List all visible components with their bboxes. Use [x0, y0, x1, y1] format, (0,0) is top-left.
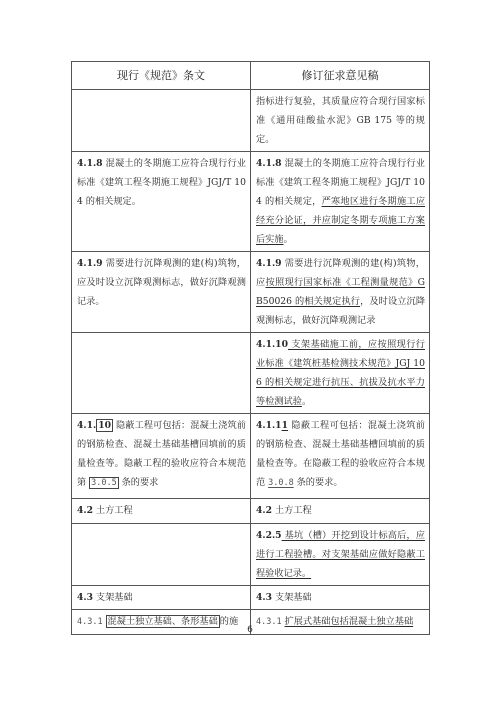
- section-number: 4.2: [256, 505, 272, 516]
- table-row: 4.1.10 支架基础施工前，应按照现行行业标准《建筑桩基检测技术规范》JGJ …: [72, 333, 430, 414]
- current-clause-cell: 4.3 支架基础: [72, 586, 251, 610]
- current-clause-cell: 4.1.9 需要进行沉降观测的建(构)筑物，应及时设立沉降观测标志，做好沉降观测…: [72, 252, 251, 333]
- revised-clause-cell: 4.1.11 隐蔽工程可包括：混凝土浇筑前的钢筋检查、混凝土基础基槽回填前的质量…: [251, 414, 430, 499]
- section-title: 土方工程: [272, 505, 312, 516]
- section-number: 4.2: [77, 505, 93, 516]
- clause-tail: 。: [284, 234, 293, 245]
- table-row-section: 4.2 土方工程 4.2 土方工程: [72, 499, 430, 524]
- section-title: 土方工程: [93, 505, 133, 516]
- clause-tail: 条的要求: [119, 477, 159, 488]
- current-clause-cell: [72, 524, 251, 586]
- current-clause-cell: 4.1.10 隐蔽工程可包括：混凝土浇筑前的钢筋检查、混凝土基础基槽回填前的质量…: [72, 414, 251, 499]
- table-row: 4.1.8 混凝土的冬期施工应符合现行行业标准《建筑工程冬期施工规程》JGJ/T…: [72, 152, 430, 252]
- section-title: 支架基础: [272, 592, 312, 603]
- deleted-number-box: 10: [96, 419, 113, 432]
- revised-clause-cell: 4.3 支架基础: [251, 586, 430, 610]
- clause-number: 4.1.9: [256, 258, 282, 269]
- revised-clause-cell: 指标进行复验，其质量应符合现行国家标准《通用硅酸盐水泥》GB 175 等的规定。: [251, 90, 430, 152]
- revised-clause-cell: 4.1.9 需要进行沉降观测的建(构)筑物，应按照现行国家标准《工程测量规范》G…: [251, 252, 430, 333]
- table-row: 4.2.5 基坑（槽）开挖到设计标高后，应进行工程验槽。对支架基础应做好隐蔽工程…: [72, 524, 430, 586]
- comparison-table: 现行《规范》条文 修订征求意见稿 指标进行复验，其质量应符合现行国家标准《通用硅…: [71, 61, 430, 635]
- column-header-revised: 修订征求意见稿: [251, 62, 430, 90]
- revised-clause-cell: 4.2 土方工程: [251, 499, 430, 524]
- section-number: 4.3: [256, 592, 272, 603]
- clause-number: 4.1.8: [77, 158, 103, 169]
- table-row: 指标进行复验，其质量应符合现行国家标准《通用硅酸盐水泥》GB 175 等的规定。: [72, 90, 430, 152]
- revised-clause-cell: 4.1.8 混凝土的冬期施工应符合现行行业标准《建筑工程冬期施工规程》JGJ/T…: [251, 152, 430, 252]
- table-row: 4.1.9 需要进行沉降观测的建(构)筑物，应及时设立沉降观测标志，做好沉降观测…: [72, 252, 430, 333]
- clause-number: 4.1.8: [256, 158, 282, 169]
- current-clause-cell: 4.1.8 混凝土的冬期施工应符合现行行业标准《建筑工程冬期施工规程》JGJ/T…: [72, 152, 251, 252]
- table-header-row: 现行《规范》条文 修订征求意见稿: [72, 62, 430, 90]
- table-row: 4.1.10 隐蔽工程可包括：混凝土浇筑前的钢筋检查、混凝土基础基槽回填前的质量…: [72, 414, 430, 499]
- clause-number-prefix: 4.1.1: [256, 420, 282, 431]
- current-clause-cell: [72, 90, 251, 152]
- clause-number: 4.2.5: [256, 530, 282, 541]
- inserted-reference: 3.0.8: [268, 478, 294, 488]
- clause-number: 4.1.10: [256, 339, 288, 350]
- revision-underlined-text: 基坑（槽）开挖到设计标高后，应进行工程验槽。对支架基础应做好隐蔽工程验收记录。: [256, 530, 425, 579]
- current-clause-cell: [72, 333, 251, 414]
- section-number: 4.3: [77, 592, 93, 603]
- clause-tail: 条的要求。: [294, 477, 343, 488]
- clause-text: 混凝土的冬期施工应符合现行行业标准《建筑工程冬期施工规程》JGJ/T 104 的…: [77, 158, 246, 207]
- section-title: 支架基础: [93, 592, 133, 603]
- revised-clause-cell: 4.2.5 基坑（槽）开挖到设计标高后，应进行工程验槽。对支架基础应做好隐蔽工程…: [251, 524, 430, 586]
- clause-text: 需要进行沉降观测的建(构)筑物，应及时设立沉降观测标志，做好沉降观测记录。: [77, 258, 246, 307]
- column-header-current: 现行《规范》条文: [72, 62, 251, 90]
- table-row-section: 4.3 支架基础 4.3 支架基础: [72, 586, 430, 610]
- clause-text: 指标进行复验，其质量应符合现行国家标准《通用硅酸盐水泥》GB 175 等的规定。: [256, 96, 425, 145]
- clause-tail: 。: [302, 396, 311, 407]
- document-page: 现行《规范》条文 修订征求意见稿 指标进行复验，其质量应符合现行国家标准《通用硅…: [0, 0, 500, 707]
- clause-number-prefix: 4.1.: [77, 420, 96, 431]
- current-clause-cell: 4.2 土方工程: [72, 499, 251, 524]
- page-number: 6: [0, 625, 500, 635]
- clause-number: 4.1.9: [77, 258, 103, 269]
- deleted-reference-box: 3.0.5: [89, 477, 119, 489]
- revised-clause-cell: 4.1.10 支架基础施工前，应按照现行行业标准《建筑桩基检测技术规范》JGJ …: [251, 333, 430, 414]
